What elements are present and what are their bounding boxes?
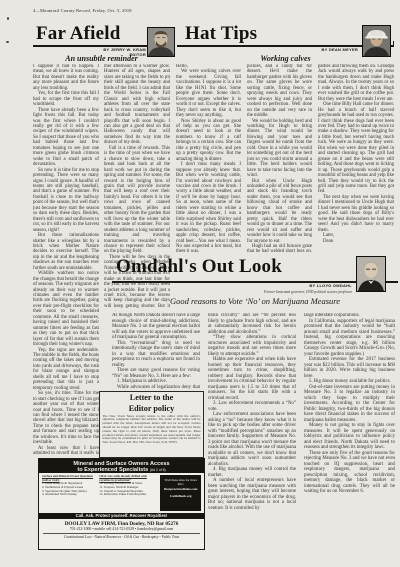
letter-policy-title-line2: Editor policy: [100, 405, 203, 414]
far-afield-subhead: An unsubtle reminder: [33, 54, 170, 63]
kram-portrait: [147, 27, 175, 57]
ad-sites-label: Visit these sites for more info:: [162, 478, 200, 487]
ad-sites-box: Visit these sites for more info: Bestpra…: [160, 475, 201, 511]
letter-policy-title-line1: Letter to the: [100, 394, 203, 403]
omdahl-col2: brain circuitry” and are “60 percent les…: [208, 313, 296, 560]
hat-tips-subhead: Working calves: [177, 54, 394, 63]
omdahl-byline-sub: Former lieutenant governor, UND politica…: [130, 290, 352, 294]
ad-practice-areas: Constitutional Law - Natural Resources -…: [43, 533, 200, 539]
hat-tips-title: Hat Tips: [185, 24, 257, 44]
ad-header-line1: Mineral and Surface Owners Access: [39, 459, 204, 467]
ad-right-list: Oil & Gas wells already drilled with roy…: [99, 475, 158, 511]
meyer-portrait: [362, 25, 391, 57]
ad-site-links: BestpracticesRules.comCattleBank.org: [162, 487, 200, 498]
newspaper-page: { "page_header": "4—Mountrail County Rec…: [0, 0, 400, 567]
omdahl-col3: large interstate corporations.In Califor…: [304, 313, 395, 560]
scan-speck: [7, 17, 9, 20]
hat-tips-col2: pickles, and a candy bar for dessert. He…: [247, 64, 312, 252]
far-afield-col1: I suppose it had to happen. I mean, we a…: [33, 64, 99, 454]
hat-tips-rule-tick: [393, 41, 395, 46]
letter-policy-body: The New Town News accepts letters to the…: [100, 413, 203, 446]
omdahl-subhead: Good reasons to Vote ‘No’ on Marijuana M…: [112, 296, 398, 306]
ad-left-list: Surface and Mineral Owner Questions (cal…: [42, 475, 97, 511]
omdahl-title: Omdahl's Out Look: [116, 257, 282, 277]
far-afield-title: Far Afield: [36, 24, 121, 44]
omdahl-portrait: [356, 256, 386, 292]
hat-tips-col1: Hello,We were working calves over the we…: [176, 64, 241, 252]
hat-tips-byline: BY DEAN MEYER: [270, 48, 358, 53]
ad-cta-bar: Call. Ask. Protect yourself. Recover Roy…: [39, 513, 204, 520]
omdahl-col1: As though North Dakota doesn't have a la…: [112, 313, 200, 389]
page-header-line: 4—Mountrail County Record, Friday, Oct. …: [33, 8, 132, 13]
ad-body: Surface and Mineral Owner Questions (cal…: [39, 473, 204, 513]
scan-speck: [6, 41, 9, 43]
letter-policy-box: Letter to the Editor policy The New Town…: [99, 391, 204, 458]
hat-tips-col3: patties and throwing them on. Grandpa Ja…: [318, 64, 394, 252]
omdahl-byline: BY LLOYD OMDAHL: [150, 284, 352, 289]
ad-header-bar: Mineral and Surface Owners Access to Exp…: [39, 459, 204, 473]
law-firm-ad: Mineral and Surface Owners Access to Exp…: [38, 458, 205, 550]
ad-contact-line: 701-212-1000 • mobile cell 414-721-0529 …: [39, 527, 204, 531]
ad-count-note: (Ad 2 of 5): [150, 468, 166, 472]
